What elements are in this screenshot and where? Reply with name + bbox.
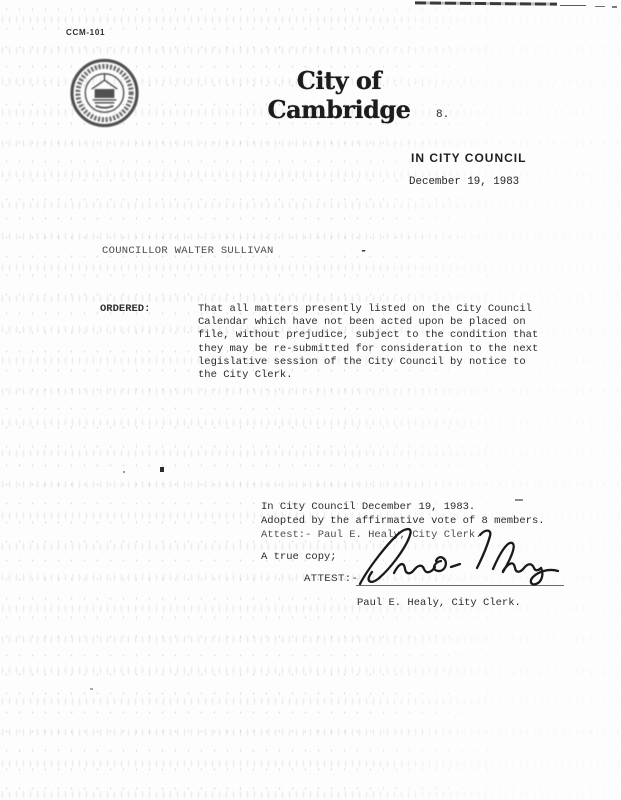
scan-speck xyxy=(90,688,93,690)
council-date: December 19, 1983 xyxy=(409,176,519,188)
ordered-label: ORDERED: xyxy=(100,303,150,315)
city-seal-icon xyxy=(69,57,140,129)
scan-speck xyxy=(160,467,164,472)
clerk-name-line: Paul E. Healy, City Clerk. xyxy=(357,597,521,609)
letterhead-title: City of Cambridge xyxy=(228,66,450,124)
ordered-body-text: That all matters presently listed on the… xyxy=(198,303,548,382)
adoption-line: In City Council December 19, 1983. xyxy=(261,501,475,513)
signature-paul-e-healy xyxy=(352,526,566,592)
scanned-document-page: CCM-101 City of Cambridge 8. IN CITY COU… xyxy=(0,0,621,800)
scan-artifact-streak xyxy=(595,6,605,8)
form-number: CCM-101 xyxy=(66,28,105,37)
councillor-name: COUNCILLOR WALTER SULLIVAN xyxy=(102,245,274,257)
scan-artifact-streak xyxy=(415,1,557,5)
scan-speck xyxy=(515,499,523,501)
council-heading: IN CITY COUNCIL xyxy=(411,151,526,165)
dash-mark: - xyxy=(360,244,367,258)
true-copy-line: A true copy; xyxy=(261,551,337,563)
attest-label: ATTEST:- xyxy=(304,573,358,585)
scan-artifact-streak xyxy=(612,6,617,8)
page-number: 8. xyxy=(436,109,449,121)
scan-artifact-streak xyxy=(560,5,586,7)
scan-speck xyxy=(123,471,125,473)
